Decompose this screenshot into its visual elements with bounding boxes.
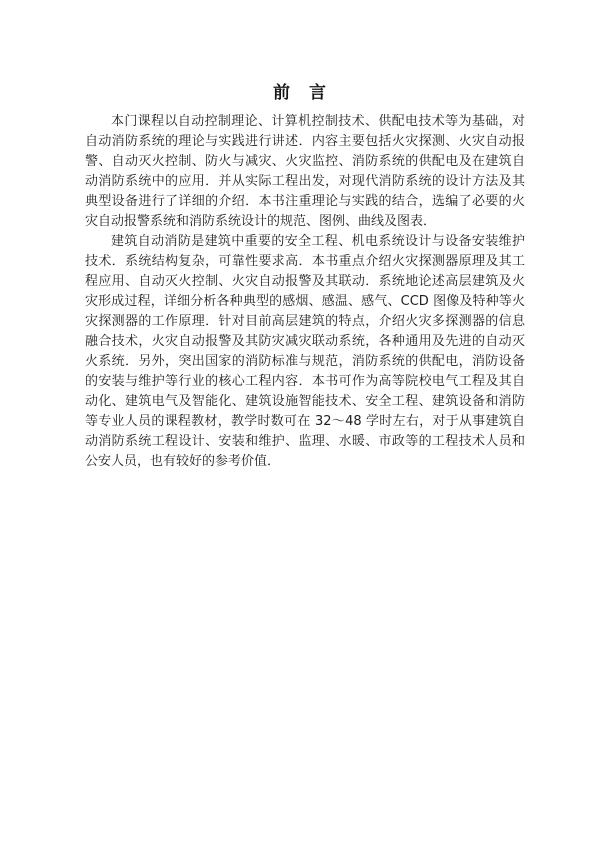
preface-title: 前 言 <box>0 78 600 103</box>
document-page: 前 言 本门课程以自动控制理论、计算机控制技术、供配电技术等为基础，对自动消防系… <box>0 0 600 848</box>
preface-body: 本门课程以自动控制理论、计算机控制技术、供配电技术等为基础，对自动消防系统的理论… <box>85 112 525 472</box>
preface-paragraph-1: 本门课程以自动控制理论、计算机控制技术、供配电技术等为基础，对自动消防系统的理论… <box>85 112 525 232</box>
preface-paragraph-2: 建筑自动消防是建筑中重要的安全工程、机电系统设计与设备安装维护技术．系统结构复杂… <box>85 232 525 472</box>
